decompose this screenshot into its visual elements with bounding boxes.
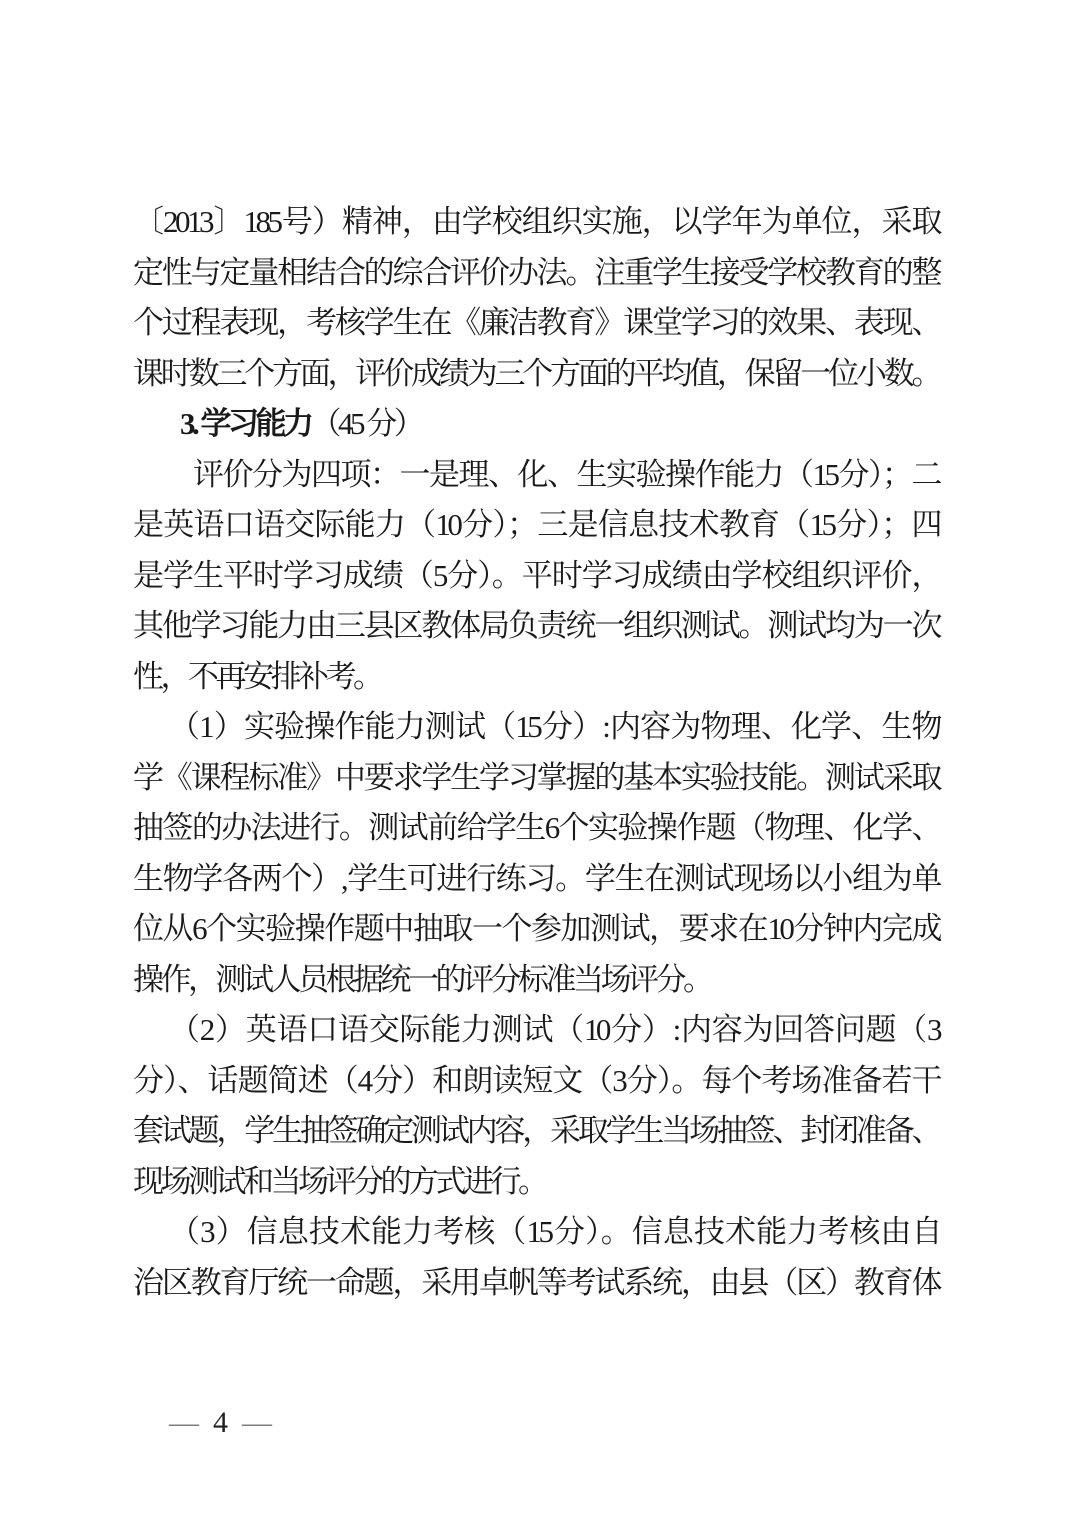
section-heading-learning-ability: 3. 学习能力（45 分） [133,399,939,450]
document-body: 〔2013〕185号）精神，由学校组织实施，以学年为单位，采取 定性与定量相结合… [133,197,939,1308]
paragraph-evaluation-items: 评价分为四项：一是理、化、生实验操作能力（15分）；二 是英语口语交际能力（10… [133,450,939,703]
text-line: 评价分为四项：一是理、化、生实验操作能力（15分）；二 [133,450,939,501]
text-line: 生物学各两个）,学生可进行练习。学生在测试现场以小组为单 [133,854,939,905]
text-line: 性，不再安排补考。 [133,652,939,703]
text-line: 课时数三个方面，评价成绩为三个方面的平均值，保留一位小数。 [133,349,939,400]
page-number-footer: —4— [169,1402,272,1444]
text-line: （2）英语口语交际能力测试（10分）:内容为回答问题（3 [133,1005,939,1056]
heading-score: （45 分） [311,406,422,441]
text-line: 其他学习能力由三县区教体局负责统一组织测试。测试均为一次 [133,601,939,652]
text-line: 套试题，学生抽签确定测试内容，采取学生当场抽签、封闭准备、 [133,1106,939,1157]
text-line: （3）信息技术能力考核（15分）。信息技术能力考核由自 [133,1207,939,1258]
text-line: 分）、话题简述（4分）和朗读短文（3分）。每个考场准备若干 [133,1056,939,1107]
heading-number-and-title: 3. 学习能力 [180,406,311,441]
text-line: 学《课程标准》中要求学生学习掌握的基本实验技能。测试采取 [133,753,939,804]
text-line: 定性与定量相结合的综合评价办法。注重学生接受学校教育的整 [133,248,939,299]
text-line: 现场测试和当场评分的方式进行。 [133,1157,939,1208]
paragraph-continued: 〔2013〕185号）精神，由学校组织实施，以学年为单位，采取 定性与定量相结合… [133,197,939,399]
text-line: 个过程表现，考核学生在《廉洁教育》课堂学习的效果、表现、 [133,298,939,349]
text-line: 〔2013〕185号）精神，由学校组织实施，以学年为单位，采取 [133,197,939,248]
text-line: 操作，测试人员根据统一的评分标准当场评分。 [133,955,939,1006]
document-page: 〔2013〕185号）精神，由学校组织实施，以学年为单位，采取 定性与定量相结合… [0,0,1074,1520]
paragraph-it-assessment: （3）信息技术能力考核（15分）。信息技术能力考核由自 治区教育厅统一命题，采用… [133,1207,939,1308]
text-line: 位从6个实验操作题中抽取一个参加测试，要求在10分钟内完成 [133,904,939,955]
text-line: （1）实验操作能力测试（15分）:内容为物理、化学、生物 [133,702,939,753]
footer-page-number: 4 [213,1406,228,1439]
footer-dash-right: — [242,1406,272,1439]
paragraph-experiment-test: （1）实验操作能力测试（15分）:内容为物理、化学、生物 学《课程标准》中要求学… [133,702,939,1005]
paragraph-english-oral-test: （2）英语口语交际能力测试（10分）:内容为回答问题（3 分）、话题简述（4分）… [133,1005,939,1207]
text-line: 是英语口语交际能力（10分）；三是信息技术教育（15分）；四 [133,500,939,551]
text-line: 治区教育厅统一命题，采用卓帆等考试系统，由县（区）教育体 [133,1258,939,1309]
text-line: 是学生平时学习成绩（5分）。平时学习成绩由学校组织评价， [133,551,939,602]
footer-dash-left: — [169,1406,199,1439]
text-line: 抽签的办法进行。测试前给学生6个实验操作题（物理、化学、 [133,803,939,854]
